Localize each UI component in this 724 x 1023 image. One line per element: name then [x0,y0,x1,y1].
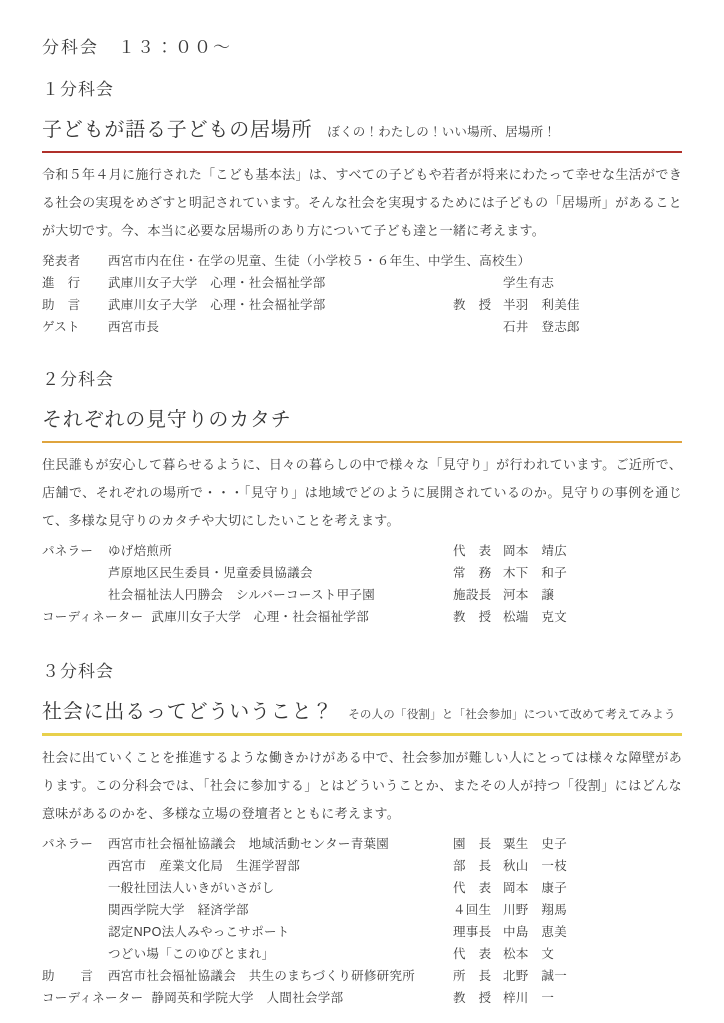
session-section: １分科会 子どもが語る子どもの居場所 ぼくの！わたしの！いい場所、居場所！ 令和… [42,75,682,338]
role-right-group: 代 表 岡本 康子 [453,877,567,899]
heading-underline [42,441,682,443]
role-row: 芦原地区民生委員・児童委員協議会 常 務 木下 和子 [42,562,682,584]
role-organization: 関西学院大学 経済学部 [108,899,249,921]
role-title: 所 長 [453,965,503,987]
role-label [42,855,108,877]
role-row: パネラー 西宮市社会福祉協議会 地域活動センター青葉園 園 長 粟生 史子 [42,833,682,855]
role-organization: 武庫川女子大学 心理・社会福祉学部 [108,294,326,316]
role-organization: 社会福祉法人円勝会 シルバーコースト甲子園 [108,584,375,606]
role-person-name: 石井 登志郎 [503,316,580,338]
role-right-group: 常 務 木下 和子 [453,562,567,584]
session-description: 令和５年４月に施行された「こども基本法」は、すべての子どもや若者が将来にわたって… [42,161,682,245]
heading-underline [42,151,682,153]
role-row: 一般社団法人いきがいさがし 代 表 岡本 康子 [42,877,682,899]
sections-container: １分科会 子どもが語る子どもの居場所 ぼくの！わたしの！いい場所、居場所！ 令和… [42,75,682,1009]
role-title: 施設長 [453,584,503,606]
roles-list: 発表者 西宮市内在住・在学の児童、生徒（小学校５・６年生、中学生、高校生） 進 … [42,250,682,338]
role-label [42,584,108,606]
role-title [453,272,503,294]
role-organization: 西宮市長 [108,316,159,338]
role-organization: 静岡英和学院大学 人間社会学部 [151,987,343,1009]
role-row: 社会福祉法人円勝会 シルバーコースト甲子園 施設長 河本 譲 [42,584,682,606]
heading-underline [42,733,682,736]
role-organization: 芦原地区民生委員・児童委員協議会 [108,562,313,584]
role-right-group: 園 長 粟生 史子 [453,833,567,855]
role-right-group: ４回生 川野 翔馬 [453,899,567,921]
role-row: 進 行 武庫川女子大学 心理・社会福祉学部 学生有志 [42,272,682,294]
session-heading: 社会に出るってどういうこと？ [42,695,333,724]
role-title: 園 長 [453,833,503,855]
role-label: 助 言 [42,294,108,316]
role-person-name: 河本 譲 [503,584,554,606]
role-row: パネラー ゆげ焙煎所 代 表 岡本 靖広 [42,540,682,562]
roles-list: パネラー 西宮市社会福祉協議会 地域活動センター青葉園 園 長 粟生 史子 西宮… [42,833,682,1009]
role-row: コーディネーター 武庫川女子大学 心理・社会福祉学部 教 授 松端 克文 [42,606,682,628]
role-row: 助 言 武庫川女子大学 心理・社会福祉学部 教 授 半羽 利美佳 [42,294,682,316]
session-label: １分科会 [42,75,682,100]
session-description: 社会に出ていくことを推進するような働きかけがある中で、社会参加が難しい人にとって… [42,744,682,828]
role-organization: 一般社団法人いきがいさがし [108,877,274,899]
session-description: 住民誰もが安心して暮らせるように、日々の暮らしの中で様々な「見守り」が行われてい… [42,451,682,535]
role-right-group: 部 長 秋山 一枝 [453,855,567,877]
role-row: 西宮市 産業文化局 生涯学習部 部 長 秋山 一枝 [42,855,682,877]
role-person-name: 中島 恵美 [503,921,567,943]
role-right-group: 理事長 中島 恵美 [453,921,567,943]
role-label: 助 言 [42,965,108,987]
role-right-group: 教 授 梓川 一 [453,987,554,1009]
session-subtitle: その人の「役割」と「社会参加」について改めて考えてみよう [348,706,675,722]
role-right-group: 施設長 河本 譲 [453,584,554,606]
role-row: つどい場「このゆびとまれ」 代 表 松本 文 [42,943,682,965]
role-title: 代 表 [453,943,503,965]
role-label [42,921,108,943]
role-title: 代 表 [453,877,503,899]
session-label: ２分科会 [42,365,682,390]
role-right-group: 教 授 半羽 利美佳 [453,294,580,316]
role-title: 代 表 [453,540,503,562]
role-right-group: 所 長 北野 誠一 [453,965,567,987]
session-label: ３分科会 [42,657,682,682]
session-subtitle: ぼくの！わたしの！いい場所、居場所！ [327,122,556,140]
role-row: 関西学院大学 経済学部 ４回生 川野 翔馬 [42,899,682,921]
role-title [453,250,503,272]
role-label [42,943,108,965]
role-right-group: 教 授 松端 克文 [453,606,567,628]
role-right-group: 代 表 岡本 靖広 [453,540,567,562]
role-person-name: 松本 文 [503,943,554,965]
role-organization: 武庫川女子大学 心理・社会福祉学部 [108,272,326,294]
role-label [42,899,108,921]
role-title [453,316,503,338]
role-organization: 武庫川女子大学 心理・社会福祉学部 [151,606,369,628]
role-right-group [453,250,503,272]
document-page: 分科会 １３：００～ １分科会 子どもが語る子どもの居場所 ぼくの！わたしの！い… [0,0,724,1023]
role-title: 常 務 [453,562,503,584]
role-row: 認定NPO法人みやっこサポート 理事長 中島 恵美 [42,921,682,943]
session-section: ２分科会 それぞれの見守りのカタチ 住民誰もが安心して暮らせるように、日々の暮ら… [42,365,682,628]
role-label: コーディネーター [42,606,151,628]
role-organization: ゆげ焙煎所 [108,540,172,562]
session-heading-row: それぞれの見守りのカタチ [42,403,682,432]
role-title: 教 授 [453,606,503,628]
role-person-name: 木下 和子 [503,562,567,584]
role-person-name: 岡本 康子 [503,877,567,899]
session-heading: それぞれの見守りのカタチ [42,403,292,432]
role-right-group: 代 表 松本 文 [453,943,554,965]
role-right-group: 石井 登志郎 [453,316,580,338]
role-title: 教 授 [453,294,503,316]
page-title: 分科会 １３：００～ [42,33,682,58]
role-organization: 西宮市社会福祉協議会 地域活動センター青葉園 [108,833,389,855]
role-person-name: 粟生 史子 [503,833,567,855]
role-label: コーディネーター [42,987,151,1009]
role-label [42,877,108,899]
role-person-name: 半羽 利美佳 [503,294,580,316]
session-heading: 子どもが語る子どもの居場所 [42,113,312,142]
roles-list: パネラー ゆげ焙煎所 代 表 岡本 靖広 芦原地区民生委員・児童委員協議会 常 … [42,540,682,628]
role-organization: 西宮市社会福祉協議会 共生のまちづくり研修研究所 [108,965,415,987]
role-person-name: 川野 翔馬 [503,899,567,921]
role-title: 教 授 [453,987,503,1009]
role-label: ゲスト [42,316,108,338]
role-title: 理事長 [453,921,503,943]
role-row: ゲスト 西宮市長 石井 登志郎 [42,316,682,338]
role-label [42,562,108,584]
role-organization: 西宮市 産業文化局 生涯学習部 [108,855,300,877]
role-person-name: 秋山 一枝 [503,855,567,877]
session-heading-row: 社会に出るってどういうこと？ その人の「役割」と「社会参加」について改めて考えて… [42,695,682,724]
role-label: パネラー [42,540,108,562]
session-section: ３分科会 社会に出るってどういうこと？ その人の「役割」と「社会参加」について改… [42,657,682,1009]
role-person-name: 梓川 一 [503,987,554,1009]
role-label: 進 行 [42,272,108,294]
role-row: 助 言 西宮市社会福祉協議会 共生のまちづくり研修研究所 所 長 北野 誠一 [42,965,682,987]
role-title: ４回生 [453,899,503,921]
role-label: パネラー [42,833,108,855]
role-person-name: 北野 誠一 [503,965,567,987]
role-person-name: 学生有志 [503,272,554,294]
role-organization: つどい場「このゆびとまれ」 [108,943,274,965]
session-heading-row: 子どもが語る子どもの居場所 ぼくの！わたしの！いい場所、居場所！ [42,113,682,142]
role-row: 発表者 西宮市内在住・在学の児童、生徒（小学校５・６年生、中学生、高校生） [42,250,682,272]
role-person-name: 岡本 靖広 [503,540,567,562]
role-organization: 認定NPO法人みやっこサポート [108,921,290,943]
role-title: 部 長 [453,855,503,877]
role-label: 発表者 [42,250,108,272]
role-right-group: 学生有志 [453,272,554,294]
role-row: コーディネーター 静岡英和学院大学 人間社会学部 教 授 梓川 一 [42,987,682,1009]
role-person-name: 松端 克文 [503,606,567,628]
